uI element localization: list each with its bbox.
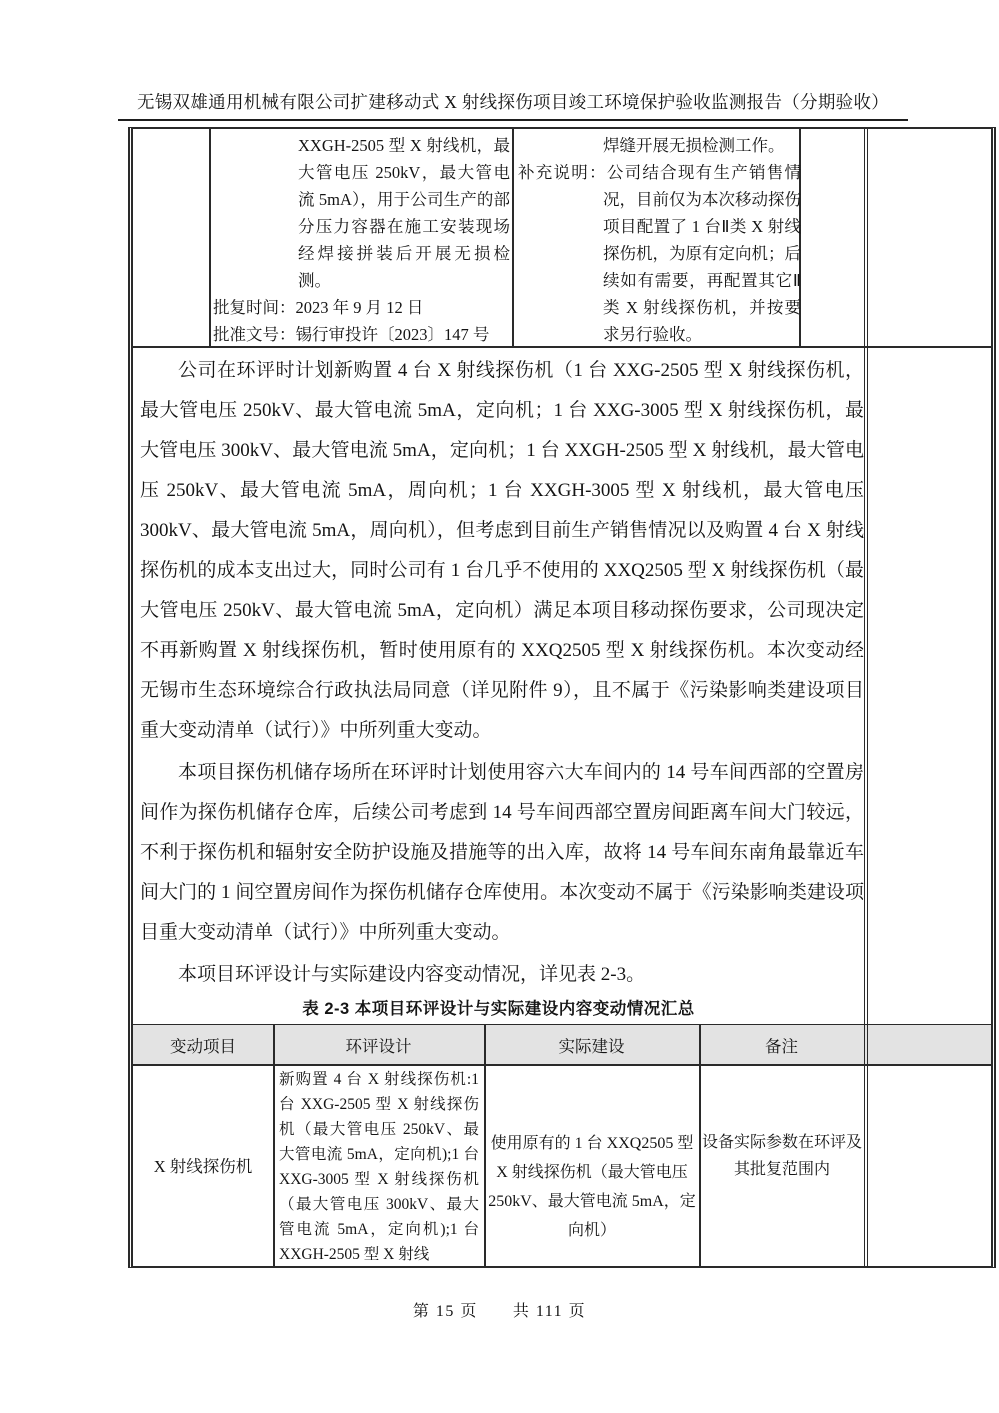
supplement-label: 补充说明： <box>518 163 607 182</box>
supplement-continuation-text: 焊缝开展无损检测工作。 <box>518 132 801 159</box>
table-row-cell-eia-design: 新购置 4 台 X 射线探伤机:1 台 XXG-2505 型 X 射线探伤机（最… <box>279 1067 479 1267</box>
approval-number-line: 批准文号：锡行审投许〔2023〕147 号 <box>213 321 510 348</box>
paragraph-see-table: 本项目环评设计与实际建设内容变动情况，详见表 2-3。 <box>140 955 864 995</box>
prev-table-cell-supplement: 焊缝开展无损检测工作。 补充说明：公司结合现有生产销售情况，目前仅为本次移动探伤… <box>518 132 801 348</box>
right-margin-column-divider <box>864 129 868 1266</box>
supplement-text: 公司结合现有生产销售情况，目前仅为本次移动探伤项目配置了 1 台Ⅱ类 X 射线探… <box>603 163 801 344</box>
paragraph-equipment-change: 公司在环评时计划新购置 4 台 X 射线探伤机（1 台 XXG-2505 型 X… <box>140 351 864 751</box>
paragraph-storage-change: 本项目探伤机储存场所在环评时计划使用容六大车间内的 14 号车间西部的空置房间作… <box>140 753 864 953</box>
page-title: 无锡双雄通用机械有限公司扩建移动式 X 射线探伤项目竣工环境保护验收监测报告（分… <box>118 89 908 121</box>
table-2-3-caption: 表 2-3 本项目环评设计与实际建设内容变动情况汇总 <box>133 995 864 1019</box>
table-row-cell-actual-build: 使用原有的 1 台 XXQ2505 型 X 射线探伤机（最大管电压 250kV、… <box>487 1065 697 1245</box>
header-cell-remark: 备注 <box>699 1025 864 1064</box>
content-frame: XXGH-2505 型 X 射线机，最大管电压 250kV，最大管电流 5mA）… <box>128 127 996 1268</box>
prev-table-cell-eia-approval: XXGH-2505 型 X 射线机，最大管电压 250kV，最大管电流 5mA）… <box>213 132 510 348</box>
table-2-3-divider-1 <box>273 1025 275 1268</box>
header-cell-eia-design: 环评设计 <box>273 1025 484 1064</box>
body-paragraphs: 公司在环评时计划新购置 4 台 X 射线探伤机（1 台 XXG-2505 型 X… <box>140 351 864 995</box>
table-2-3-divider-2 <box>484 1025 486 1268</box>
prev-table-divider-2 <box>512 129 514 346</box>
header-cell-actual-build: 实际建设 <box>484 1025 699 1064</box>
approval-continuation-text: XXGH-2505 型 X 射线机，最大管电压 250kV，最大管电流 5mA）… <box>213 132 510 294</box>
prev-table-divider-1 <box>209 129 211 346</box>
table-2-3-header-row: 变动项目 环评设计 实际建设 备注 <box>133 1025 864 1064</box>
table-row-cell-remark: 设备实际参数在环评及其批复范围内 <box>701 1065 863 1183</box>
header-cell-change-item: 变动项目 <box>133 1025 273 1064</box>
table-row-cell-change-item: X 射线探伤机 <box>133 1065 273 1177</box>
supplement-paragraph: 补充说明：公司结合现有生产销售情况，目前仅为本次移动探伤项目配置了 1 台Ⅱ类 … <box>518 159 801 348</box>
approval-time-line: 批复时间：2023 年 9 月 12 日 <box>213 294 510 321</box>
page-footer: 第 15 页 共 111 页 <box>0 1298 999 1321</box>
